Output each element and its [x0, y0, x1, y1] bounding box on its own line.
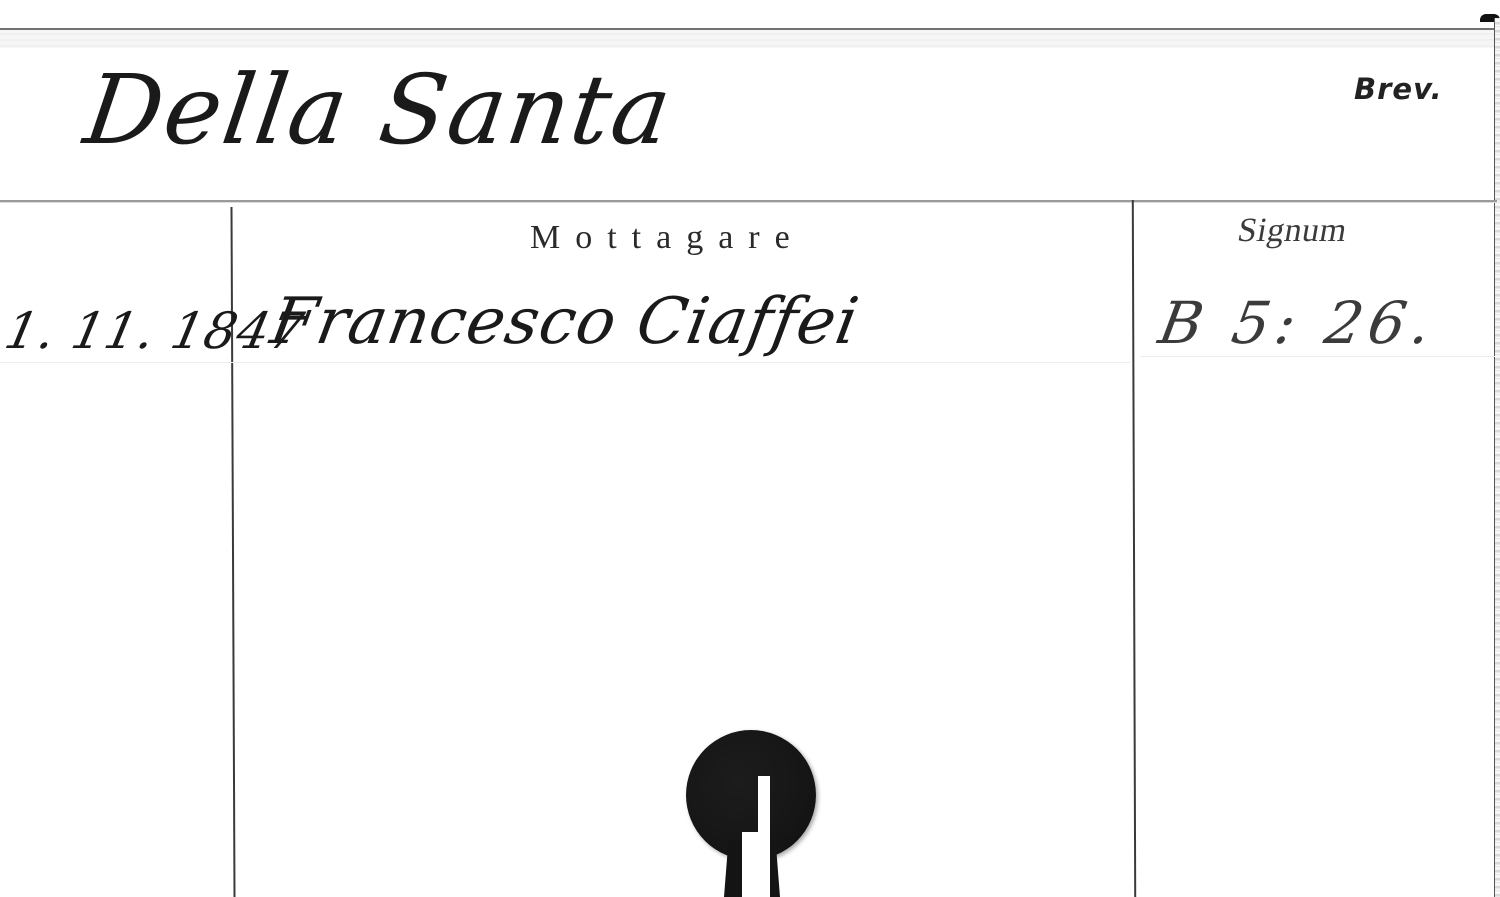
entry-date: 1. 11. 1847 — [1, 306, 309, 356]
entry-guide-line — [0, 362, 1130, 363]
signum-column-header: Signum — [1235, 212, 1351, 250]
card-top-edge — [0, 28, 1497, 48]
punch-hole-notch — [758, 776, 770, 897]
card-right-edge — [1494, 18, 1500, 897]
index-card: Della Santa Brev. Mottagare Signum 1. 11… — [0, 0, 1500, 897]
recipient-column-header: Mottagare — [530, 219, 805, 257]
entry-recipient: Francesco Ciaffei — [266, 290, 863, 354]
entry-signum: B 5: 26. — [1155, 294, 1441, 352]
surname-heading: Della Santa — [79, 62, 678, 158]
signum-column-divider — [1132, 200, 1136, 897]
punch-hole-notch — [742, 832, 758, 897]
category-label: Brev. — [1354, 72, 1443, 106]
header-divider — [0, 200, 1497, 202]
